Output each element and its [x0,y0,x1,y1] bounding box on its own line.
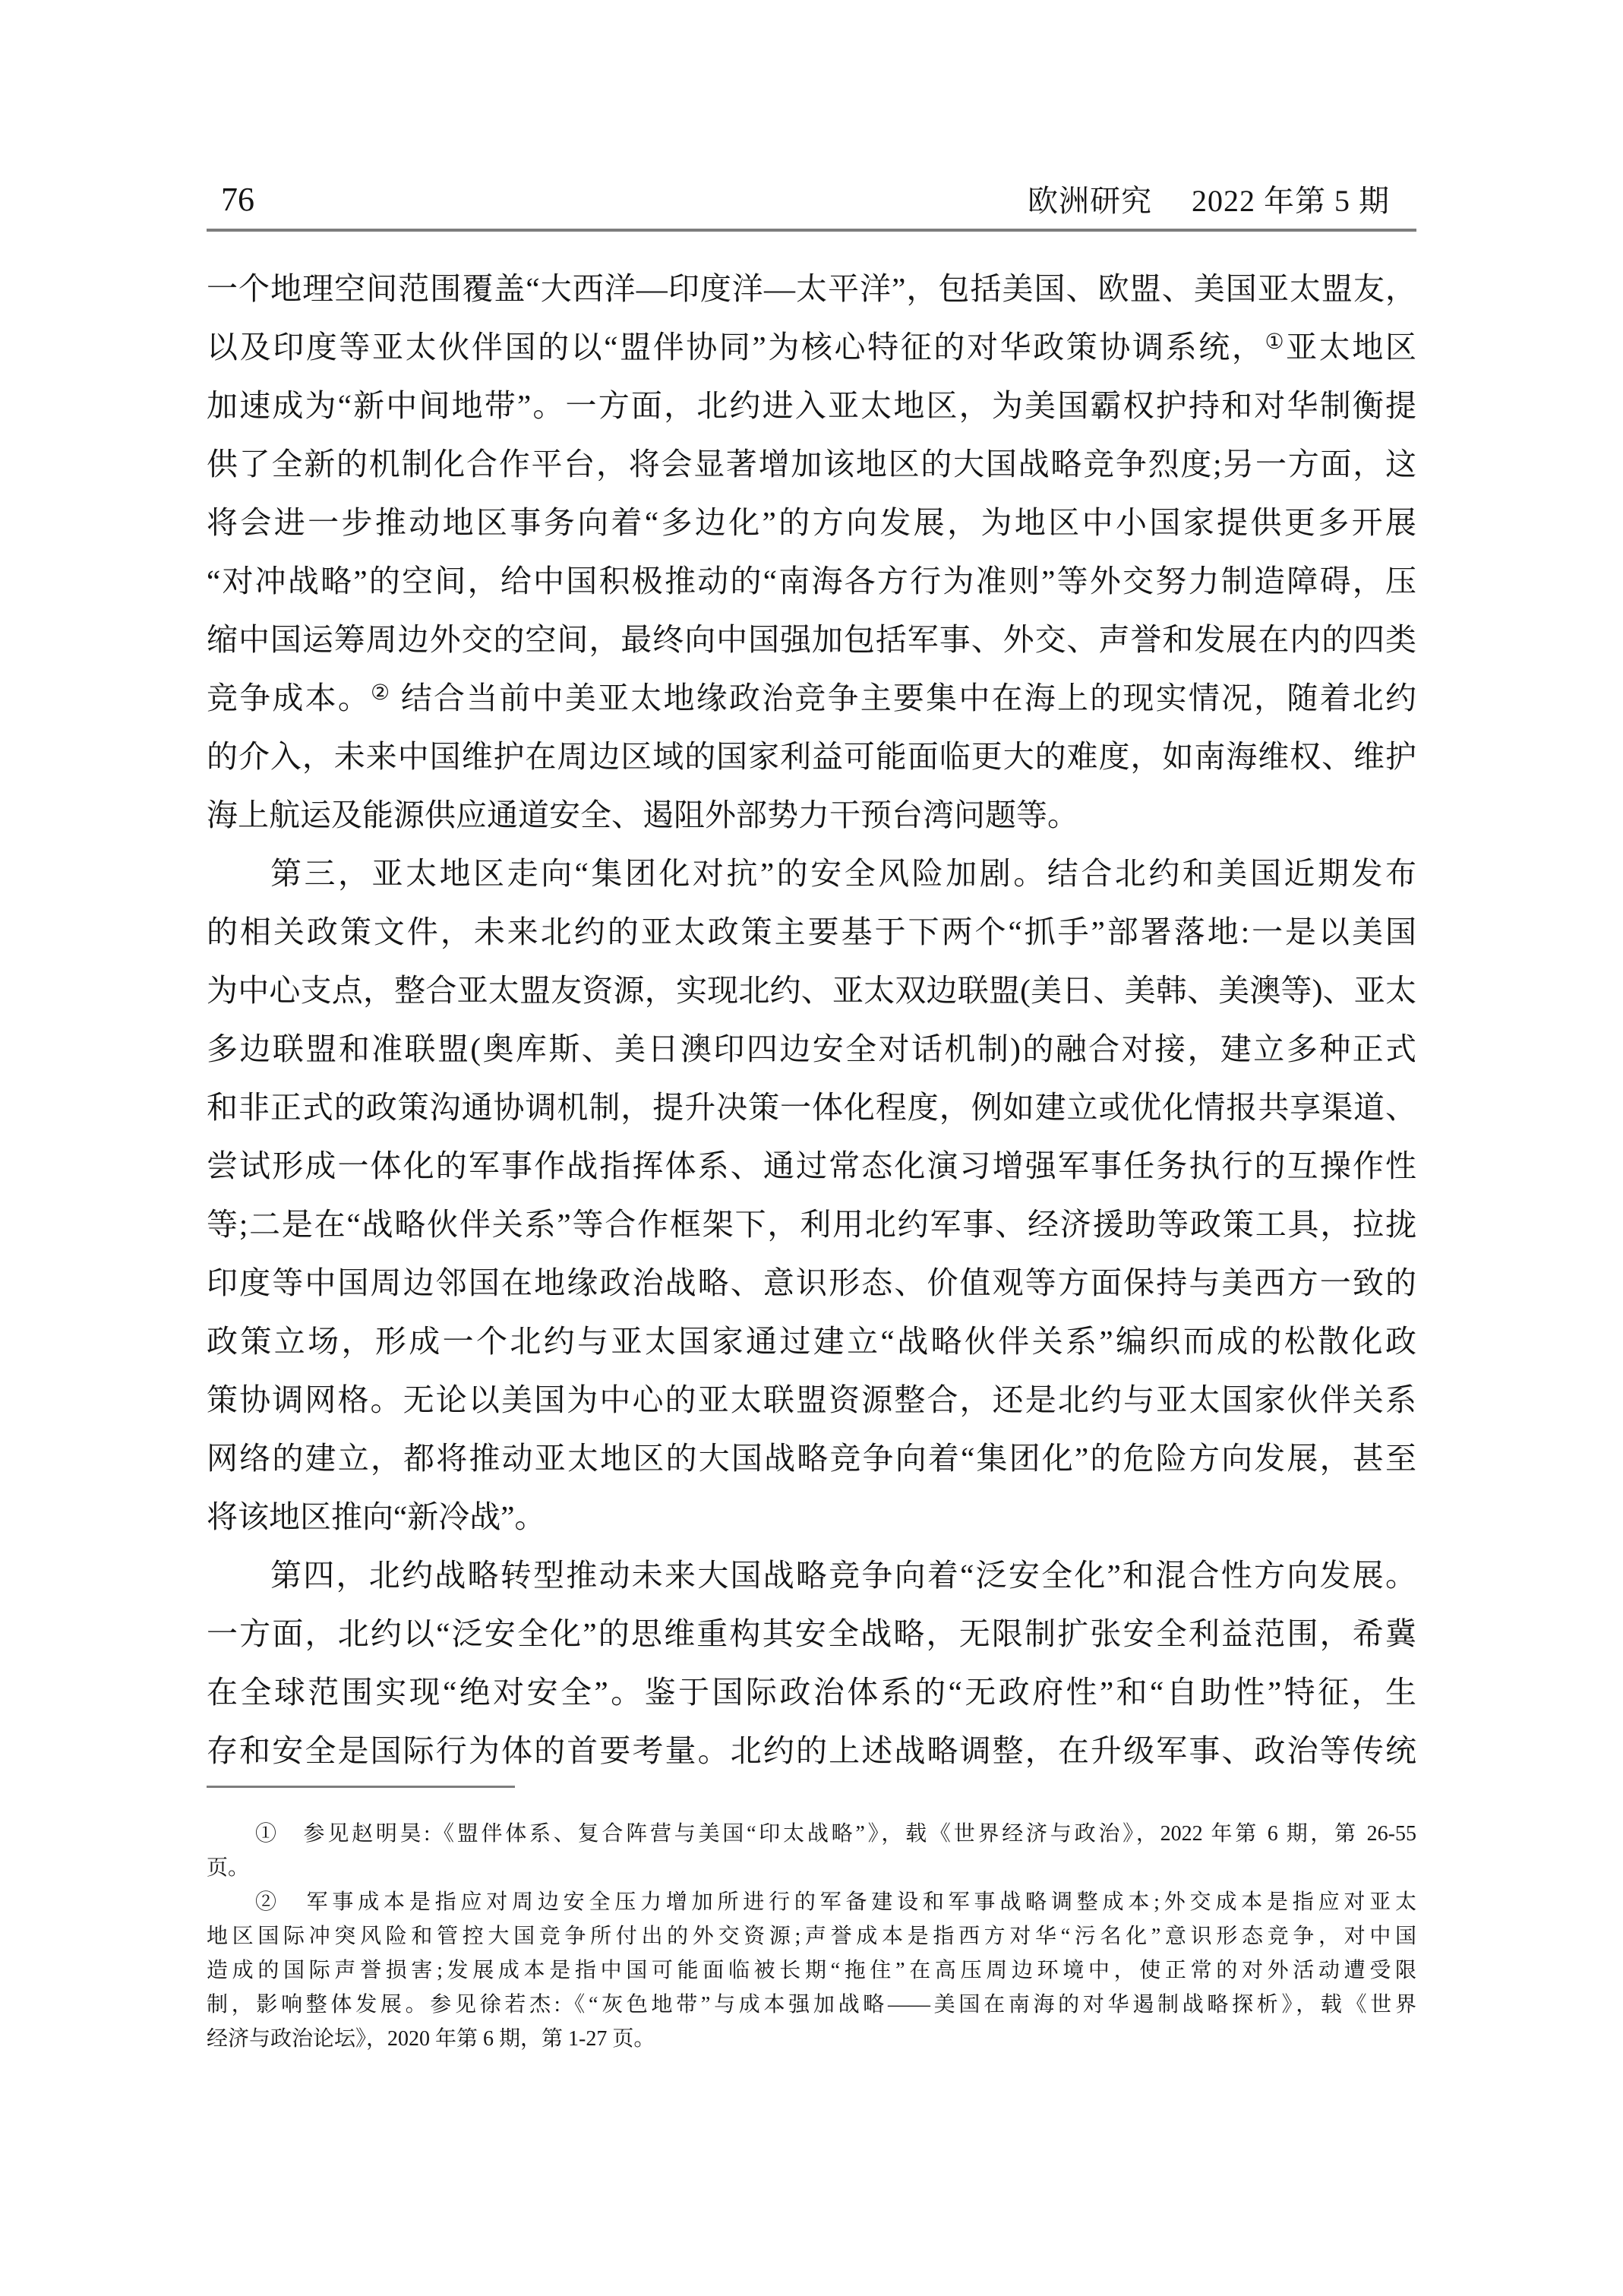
body-text-line: 尝试形成一体化的军事作战指挥体系、通过常态化演习增强军事任务执行的互操作性 [207,1137,1416,1195]
body-text-line: “对冲战略”的空间，给中国积极推动的“南海各方行为准则”等外交努力制造障碍，压 [207,552,1416,611]
footnote-line: ① 参见赵明昊:《盟伴体系、复合阵营与美国“印太战略”》，载《世界经济与政治》，… [207,1817,1416,1851]
body-text-line: 在全球范围实现“绝对安全”。鉴于国际政治体系的“无政府性”和“自助性”特征，生 [207,1663,1416,1722]
footnote-line: 造成的国际声誉损害;发展成本是指中国可能面临被长期“拖住”在高压周边环境中，使正… [207,1953,1416,1988]
body-text-line: 一方面，北约以“泛安全化”的思维重构其安全战略，无限制扩张安全利益范围，希冀 [207,1605,1416,1663]
header-rule [207,229,1416,232]
footnote-ref: ② [371,681,391,705]
article-body: 一个地理空间范围覆盖“大西洋—印度洋—太平洋”，包括美国、欧盟、美国亚太盟友，以… [207,260,1416,1780]
body-text-line: 策协调网格。无论以美国为中心的亚太联盟资源整合，还是北约与亚太国家伙伴关系 [207,1371,1416,1429]
body-text-line: 存和安全是国际行为体的首要考量。北约的上述战略调整，在升级军事、政治等传统 [207,1722,1416,1780]
body-text-line: 网络的建立，都将推动亚太地区的大国战略竞争向着“集团化”的危险方向发展，甚至 [207,1429,1416,1488]
journal-issue-header: 欧洲研究 2022 年第 5 期 [207,183,1390,219]
body-text-line: 缩中国运筹周边外交的空间，最终向中国强加包括军事、外交、声誉和发展在内的四类 [207,611,1416,669]
body-text-line: 政策立场，形成一个北约与亚太国家通过建立“战略伙伴关系”编织而成的松散化政 [207,1312,1416,1371]
footnote-separator-rule [207,1786,515,1788]
footnote-ref: ① [1265,330,1286,354]
body-text-line: 将该地区推向“新冷战”。 [207,1488,1416,1546]
body-text-line: 供了全新的机制化合作平台，将会显著增加该地区的大国战略竞争烈度;另一方面，这 [207,435,1416,494]
journal-page: 76 欧洲研究 2022 年第 5 期 一个地理空间范围覆盖“大西洋—印度洋—太… [0,0,1623,2296]
body-text-line: 一个地理空间范围覆盖“大西洋—印度洋—太平洋”，包括美国、欧盟、美国亚太盟友， [207,260,1416,318]
body-text-line: 和非正式的政策沟通协调机制，提升决策一体化程度，例如建立或优化情报共享渠道、 [207,1079,1416,1137]
body-text-line: 以及印度等亚太伙伴国的以“盟伴协同”为核心特征的对华政策协调系统，①亚太地区 [207,318,1416,377]
footnote-line: 制，影响整体发展。参见徐若杰:《“灰色地带”与成本强加战略——美国在南海的对华遏… [207,1988,1416,2022]
body-text-line: 第四，北约战略转型推动未来大国战略竞争向着“泛安全化”和混合性方向发展。 [207,1546,1416,1605]
body-text-line: 印度等中国周边邻国在地缘政治战略、意识形态、价值观等方面保持与美西方一致的 [207,1254,1416,1312]
footnote-line: ② 军事成本是指应对周边安全压力增加所进行的军备建设和军事战略调整成本;外交成本… [207,1885,1416,1919]
footnotes-block: ① 参见赵明昊:《盟伴体系、复合阵营与美国“印太战略”》，载《世界经济与政治》，… [207,1817,1416,2056]
body-text-line: 为中心支点，整合亚太盟友资源，实现北约、亚太双边联盟(美日、美韩、美澳等)、亚太 [207,962,1416,1020]
body-text-line: 等;二是在“战略伙伴关系”等合作框架下，利用北约军事、经济援助等政策工具，拉拢 [207,1195,1416,1254]
body-text-line: 的相关政策文件，未来北约的亚太政策主要基于下两个“抓手”部署落地:一是以美国 [207,903,1416,962]
body-text-line: 竞争成本。② 结合当前中美亚太地缘政治竞争主要集中在海上的现实情况，随着北约 [207,669,1416,728]
body-text-line: 的介入，未来中国维护在周边区域的国家利益可能面临更大的难度，如南海维权、维护 [207,728,1416,786]
body-text-line: 加速成为“新中间地带”。一方面，北约进入亚太地区，为美国霸权护持和对华制衡提 [207,377,1416,435]
footnote-line: 经济与政治论坛》，2020 年第 6 期，第 1-27 页。 [207,2022,1416,2056]
body-text-line: 第三，亚太地区走向“集团化对抗”的安全风险加剧。结合北约和美国近期发布 [207,845,1416,903]
body-text-line: 海上航运及能源供应通道安全、遏阻外部势力干预台湾问题等。 [207,786,1416,845]
body-text-line: 将会进一步推动地区事务向着“多边化”的方向发展，为地区中小国家提供更多开展 [207,494,1416,552]
footnote-line: 页。 [207,1851,1416,1885]
body-text-line: 多边联盟和准联盟(奥库斯、美日澳印四边安全对话机制)的融合对接，建立多种正式 [207,1020,1416,1079]
footnote-line: 地区国际冲突风险和管控大国竞争所付出的外交资源;声誉成本是指西方对华“污名化”意… [207,1919,1416,1953]
